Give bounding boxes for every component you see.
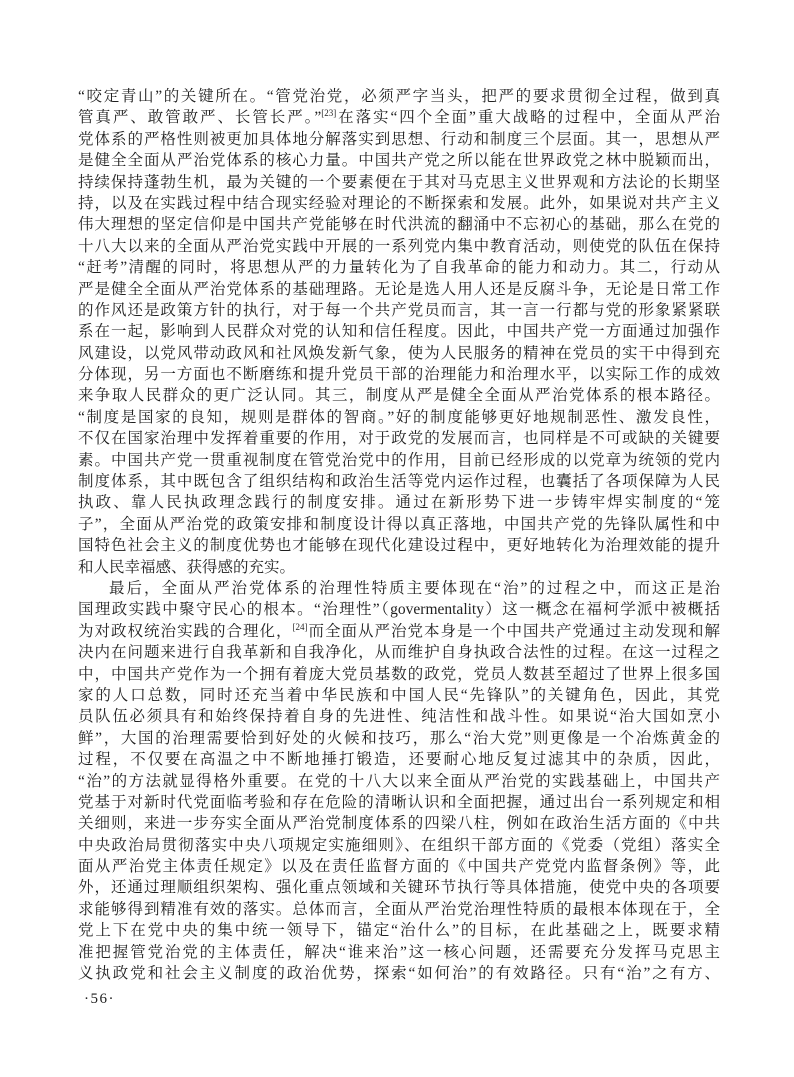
text-line: 国特色社会主义的制度优势也才能够在现代化建设过程中，更好地转化为治理效能的提升 — [78, 535, 720, 556]
document-page: “咬定青山”的关键所在。“管党治党，必须严字当头，把严的要求贯彻全过程，做到真管… — [0, 0, 794, 1077]
text-line: 不仅在国家治理中发挥着重要的作用，对于政党的发展而言，也同样是不可或缺的关键要 — [78, 428, 720, 449]
text-line: 为对政权统治实践的合理化，[24]而全面从严治党本身是一个中国共产党通过主动发现… — [78, 621, 720, 642]
text-line: 党体系的严格性则被更加具体地分解落实到思想、行动和制度三个层面。其一，思想从严 — [78, 129, 720, 150]
footnote-ref: [23] — [321, 108, 336, 118]
text-line: 国理政实践中聚守民心的根本。“治理性”（govermentality）这一概念在… — [78, 599, 720, 620]
text-line: “制度是国家的良知，规则是群体的智商。”好的制度能够更好地规制恶性、激发良性， — [78, 407, 720, 428]
text-line: 持，以及在实践过程中结合现实经验对理论的不断探索和发展。此外，如果说对共产主义 — [78, 193, 720, 214]
text-line: 管真严、敢管敢严、长管长严。”[23]在落实“四个全面”重大战略的过程中，全面从… — [78, 107, 720, 128]
text-line: 中，中国共产党作为一个拥有着庞大党员基数的政党，党员人数甚至超过了世界上很多国 — [78, 664, 720, 685]
text-line: “治”的方法就显得格外重要。在党的十八大以来全面从严治党的实践基础上，中国共产 — [78, 771, 720, 792]
text-line: 来争取人民群众的更广泛认同。其三，制度从严是健全全面从严治党体系的根本路径。 — [78, 385, 720, 406]
page-number: ·56· — [84, 991, 115, 1008]
text-line: 系在一起，影响到人民群众对党的认知和信任程度。因此，中国共产党一方面通过加强作 — [78, 321, 720, 342]
text-line: 关细则，来进一步夯实全面从严治党制度体系的四梁八柱，例如在政治生活方面的《中共 — [78, 813, 720, 834]
text-line: 持续保持蓬勃生机，最为关键的一个要素便在于其对马克思主义世界观和方法论的长期坚 — [78, 172, 720, 193]
text-line: 子”，全面从严治党的政策安排和制度设计得以真正落地，中国共产党的先锋队属性和中 — [78, 514, 720, 535]
text-line: 执政、靠人民执政理念践行的制度安排。通过在新形势下进一步铸牢焊实制度的“笼 — [78, 492, 720, 513]
text-line: 员队伍必须具有和始终保持着自身的先进性、纯洁性和战斗性。如果说“治大国如烹小 — [78, 706, 720, 727]
text-line: 十八大以来的全面从严治党实践中开展的一系列党内集中教育活动，则使党的队伍在保持 — [78, 236, 720, 257]
text-line: 分体现，另一方面也不断磨练和提升党员干部的治理能力和治理水平，以实际工作的成效 — [78, 364, 720, 385]
text-line: 最后，全面从严治党体系的治理性特质主要体现在“治”的过程之中，而这正是治 — [78, 578, 720, 599]
text-line: 过程，不仅要在高温之中不断地捶打锻造，还要耐心地反复过滤其中的杂质，因此， — [78, 749, 720, 770]
text-line: 鲜”，大国的治理需要恰到好处的火候和技巧，那么“治大党”则更像是一个冶炼黄金的 — [78, 728, 720, 749]
footnote-ref: [24] — [293, 622, 308, 632]
text-line: 党基于对新时代党面临考验和存在危险的清晰认识和全面把握，通过出台一系列规定和相 — [78, 792, 720, 813]
text-line: 外，还通过理顺组织架构、强化重点领域和关键环节执行等具体措施，使党中央的各项要 — [78, 877, 720, 898]
text-line: “赶考”清醒的同时，将思想从严的力量转化为了自我革命的能力和动力。其二，行动从 — [78, 257, 720, 278]
body-text: “咬定青山”的关键所在。“管党治党，必须严字当头，把严的要求贯彻全过程，做到真管… — [78, 86, 720, 984]
text-line: 准把握管党治党的主体责任，解决“谁来治”这一核心问题，还需要充分发挥马克思主 — [78, 942, 720, 963]
text-line: 伟大理想的坚定信仰是中国共产党能够在时代洪流的翻涌中不忘初心的基础，那么在党的 — [78, 214, 720, 235]
text-line: 是健全全面从严治党体系的核心力量。中国共产党之所以能在世界政党之林中脱颖而出， — [78, 150, 720, 171]
text-line: 严是健全全面从严治党体系的基础理路。无论是选人用人还是反腐斗争，无论是日常工作 — [78, 279, 720, 300]
text-line: 家的人口总数，同时还充当着中华民族和中国人民“先锋队”的关键角色，因此，其党 — [78, 685, 720, 706]
text-line: 风建设，以党风带动政风和社风焕发新气象，使为人民服务的精神在党员的实干中得到充 — [78, 343, 720, 364]
text-line: 义执政党和社会主义制度的政治优势，探索“如何治”的有效路径。只有“治”之有方、 — [78, 963, 720, 984]
text-line: 求能够得到精准有效的落实。总体而言，全面从严治党治理性特质的最根本体现在于，全 — [78, 899, 720, 920]
text-line: 党上下在党中央的集中统一领导下，锚定“治什么”的目标，在此基础之上，既要求精 — [78, 920, 720, 941]
text-line: 素。中国共产党一贯重视制度在管党治党中的作用，目前已经形成的以党章为统领的党内 — [78, 450, 720, 471]
text-line: 的作风还是政策方针的执行，对于每一个共产党员而言，其一言一行都与党的形象紧紧联 — [78, 300, 720, 321]
text-line: “咬定青山”的关键所在。“管党治党，必须严字当头，把严的要求贯彻全过程，做到真 — [78, 86, 720, 107]
text-line: 和人民幸福感、获得感的充实。 — [78, 557, 720, 578]
text-line: 中央政治局贯彻落实中央八项规定实施细则》、在组织干部方面的《党委（党组）落实全 — [78, 835, 720, 856]
text-line: 面从严治党主体责任规定》以及在责任监督方面的《中国共产党党内监督条例》等，此 — [78, 856, 720, 877]
text-line: 制度体系，其中既包含了组织结构和政治生活等党内运作过程，也囊括了各项保障为人民 — [78, 471, 720, 492]
text-line: 决内在问题来进行自我革新和自我净化，从而维护自身执政合法性的过程。在这一过程之 — [78, 642, 720, 663]
